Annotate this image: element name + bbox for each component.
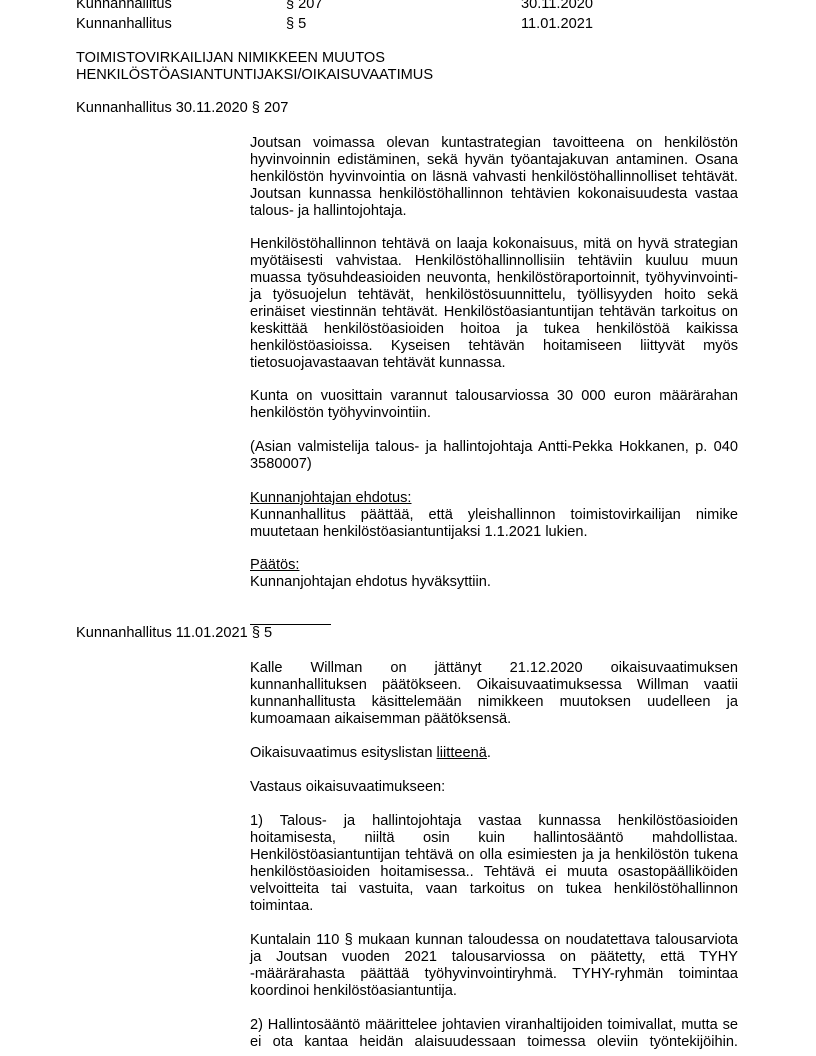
text-line: Joutsan kunnassa henkilöstöhallinnon teh… [250, 186, 738, 203]
text-line: hyvinvoinnin edistäminen, sekä hyvän työ… [250, 152, 738, 169]
text-line: myötäisesti vahvistaa. Henkilöstöhallinn… [250, 253, 738, 270]
text-line: muutetaan henkilöstöasiantuntijaksi 1.1.… [250, 524, 738, 541]
text-line: kumoamaan aikaisemman päätöksensä. [250, 711, 738, 728]
meeting-2-paragraph-1: Kalle Willman on jättänyt 21.12.2020 oik… [250, 660, 738, 728]
meeting-2-heading-prefix: Kunnanhallitus 11.01.2021 [76, 625, 248, 641]
proposal-label: Kunnanjohtajan ehdotus: [250, 490, 411, 506]
header-body: Kunnanhallitus [76, 0, 172, 13]
text-line: 1) Talous- ja hallintojohtaja vastaa kun… [250, 813, 738, 830]
meeting-1-paragraph-2: Henkilöstöhallinnon tehtävä on laaja kok… [250, 236, 738, 372]
title-line-1: TOIMISTOVIRKAILIJAN NIMIKKEEN MUUTOS [76, 50, 385, 67]
response-point-2: 2) Hallintosääntö määrittelee johtavien … [250, 1017, 738, 1051]
text-line: kunnanhallituksen päätökseen. Oikaisuvaa… [250, 677, 738, 694]
text-line: toimintaa. [250, 898, 738, 915]
text-line: keskittää henkilöstöasioiden hoitoa ja t… [250, 321, 738, 338]
attachment-prefix: Oikaisuvaatimus esityslistan [250, 745, 437, 761]
text-line: hoitamisesta, niiltä osin kuin hallintos… [250, 830, 738, 847]
response-label-text: Vastaus oikaisuvaatimukseen: [250, 779, 738, 796]
attachment-link[interactable]: liitteenä [437, 745, 487, 761]
title-line-2: HENKILÖSTÖASIANTUNTIJAKSI/OIKAISUVAATIMU… [76, 67, 433, 84]
decision-label: Päätös: [250, 557, 300, 573]
text-line: tietosuojavastaavan tehtävät kunnassa. [250, 355, 738, 372]
header-body: Kunnanhallitus [76, 16, 172, 33]
attachment-suffix: . [487, 745, 491, 761]
meeting-2-heading: Kunnanhallitus 11.01.2021 § 5 [76, 625, 272, 642]
text-line: muassa työsuhdeasioiden neuvonta, henkil… [250, 270, 738, 287]
text-line: koordinoi henkilöstöasiantuntija. [250, 983, 738, 1000]
text-line: henkilöstön hyvinvointia on läsnä vahvas… [250, 169, 738, 186]
text-line: velvoitteita tai vastuita, vaan tarkoitu… [250, 881, 738, 898]
text-line: Kuntalain 110 § mukaan kunnan taloudessa… [250, 932, 738, 949]
text-line: ja Joutsan vuoden 2021 talousarviossa on… [250, 949, 738, 966]
attachment-note: Oikaisuvaatimus esityslistan liitteenä. [250, 745, 738, 762]
response-point-1: 1) Talous- ja hallintojohtaja vastaa kun… [250, 813, 738, 915]
header-date: 30.11.2020 [521, 0, 593, 13]
text-line: 3580007) [250, 456, 738, 473]
meeting-2-heading-section: § 5 [252, 625, 272, 641]
header-section: § 207 [286, 0, 323, 13]
meeting-1-preparer: (Asian valmistelija talous- ja hallintoj… [250, 439, 738, 473]
decision: Päätös: Kunnanjohtajan ehdotus hyväksytt… [250, 557, 738, 591]
response-label: Vastaus oikaisuvaatimukseen: [250, 779, 738, 796]
text-line: ja työsuojelun tehtävät, henkilöstösuunn… [250, 287, 738, 304]
text-line: erinäiset viestinnän tehtävät. Henkilöst… [250, 304, 738, 321]
text-line: (Asian valmistelija talous- ja hallintoj… [250, 439, 738, 456]
text-line: 2) Hallintosääntö määrittelee johtavien … [250, 1017, 738, 1034]
proposal-text: Kunnanhallitus päättää, että yleishallin… [250, 507, 738, 541]
text-line: Kunnanhallitus päättää, että yleishallin… [250, 507, 738, 524]
meeting-1-heading: Kunnanhallitus 30.11.2020 § 207 [76, 100, 288, 117]
text-line: Joutsan voimassa olevan kuntastrategian … [250, 135, 738, 152]
meeting-1-paragraph-3: Kunta on vuosittain varannut talousarvio… [250, 388, 738, 422]
text-line: Henkilöstöhallinnon tehtävä on laaja kok… [250, 236, 738, 253]
text-line: henkilöstöasioiden hoitamisessa.. Tehtäv… [250, 864, 738, 881]
mayor-proposal: Kunnanjohtajan ehdotus: Kunnanhallitus p… [250, 490, 738, 541]
decision-text: Kunnanjohtajan ehdotus hyväksyttiin. [250, 574, 738, 591]
text-line: Henkilöstöasiantuntijan tehtävä on olla … [250, 847, 738, 864]
meeting-1-paragraph-1: Joutsan voimassa olevan kuntastrategian … [250, 135, 738, 220]
header-date: 11.01.2021 [521, 16, 593, 33]
text-line: kunnanhallitusta käsittelemään nimikkeen… [250, 694, 738, 711]
header-section: § 5 [286, 16, 306, 33]
text-line: ei ota kantaa heidän alaisuudessaan toim… [250, 1034, 738, 1051]
text-line: henkilöstön työhyvinvointiin. [250, 405, 738, 422]
text-line: -määrärahasta päättää työhyvinvointiryhm… [250, 966, 738, 983]
text-line: henkilöstöasioissa. Kyseisen tehtävän ho… [250, 338, 738, 355]
text-line: Kunta on vuosittain varannut talousarvio… [250, 388, 738, 405]
text-line: Kalle Willman on jättänyt 21.12.2020 oik… [250, 660, 738, 677]
response-point-1-budget: Kuntalain 110 § mukaan kunnan taloudessa… [250, 932, 738, 1000]
text-line: talous- ja hallintojohtaja. [250, 203, 738, 220]
